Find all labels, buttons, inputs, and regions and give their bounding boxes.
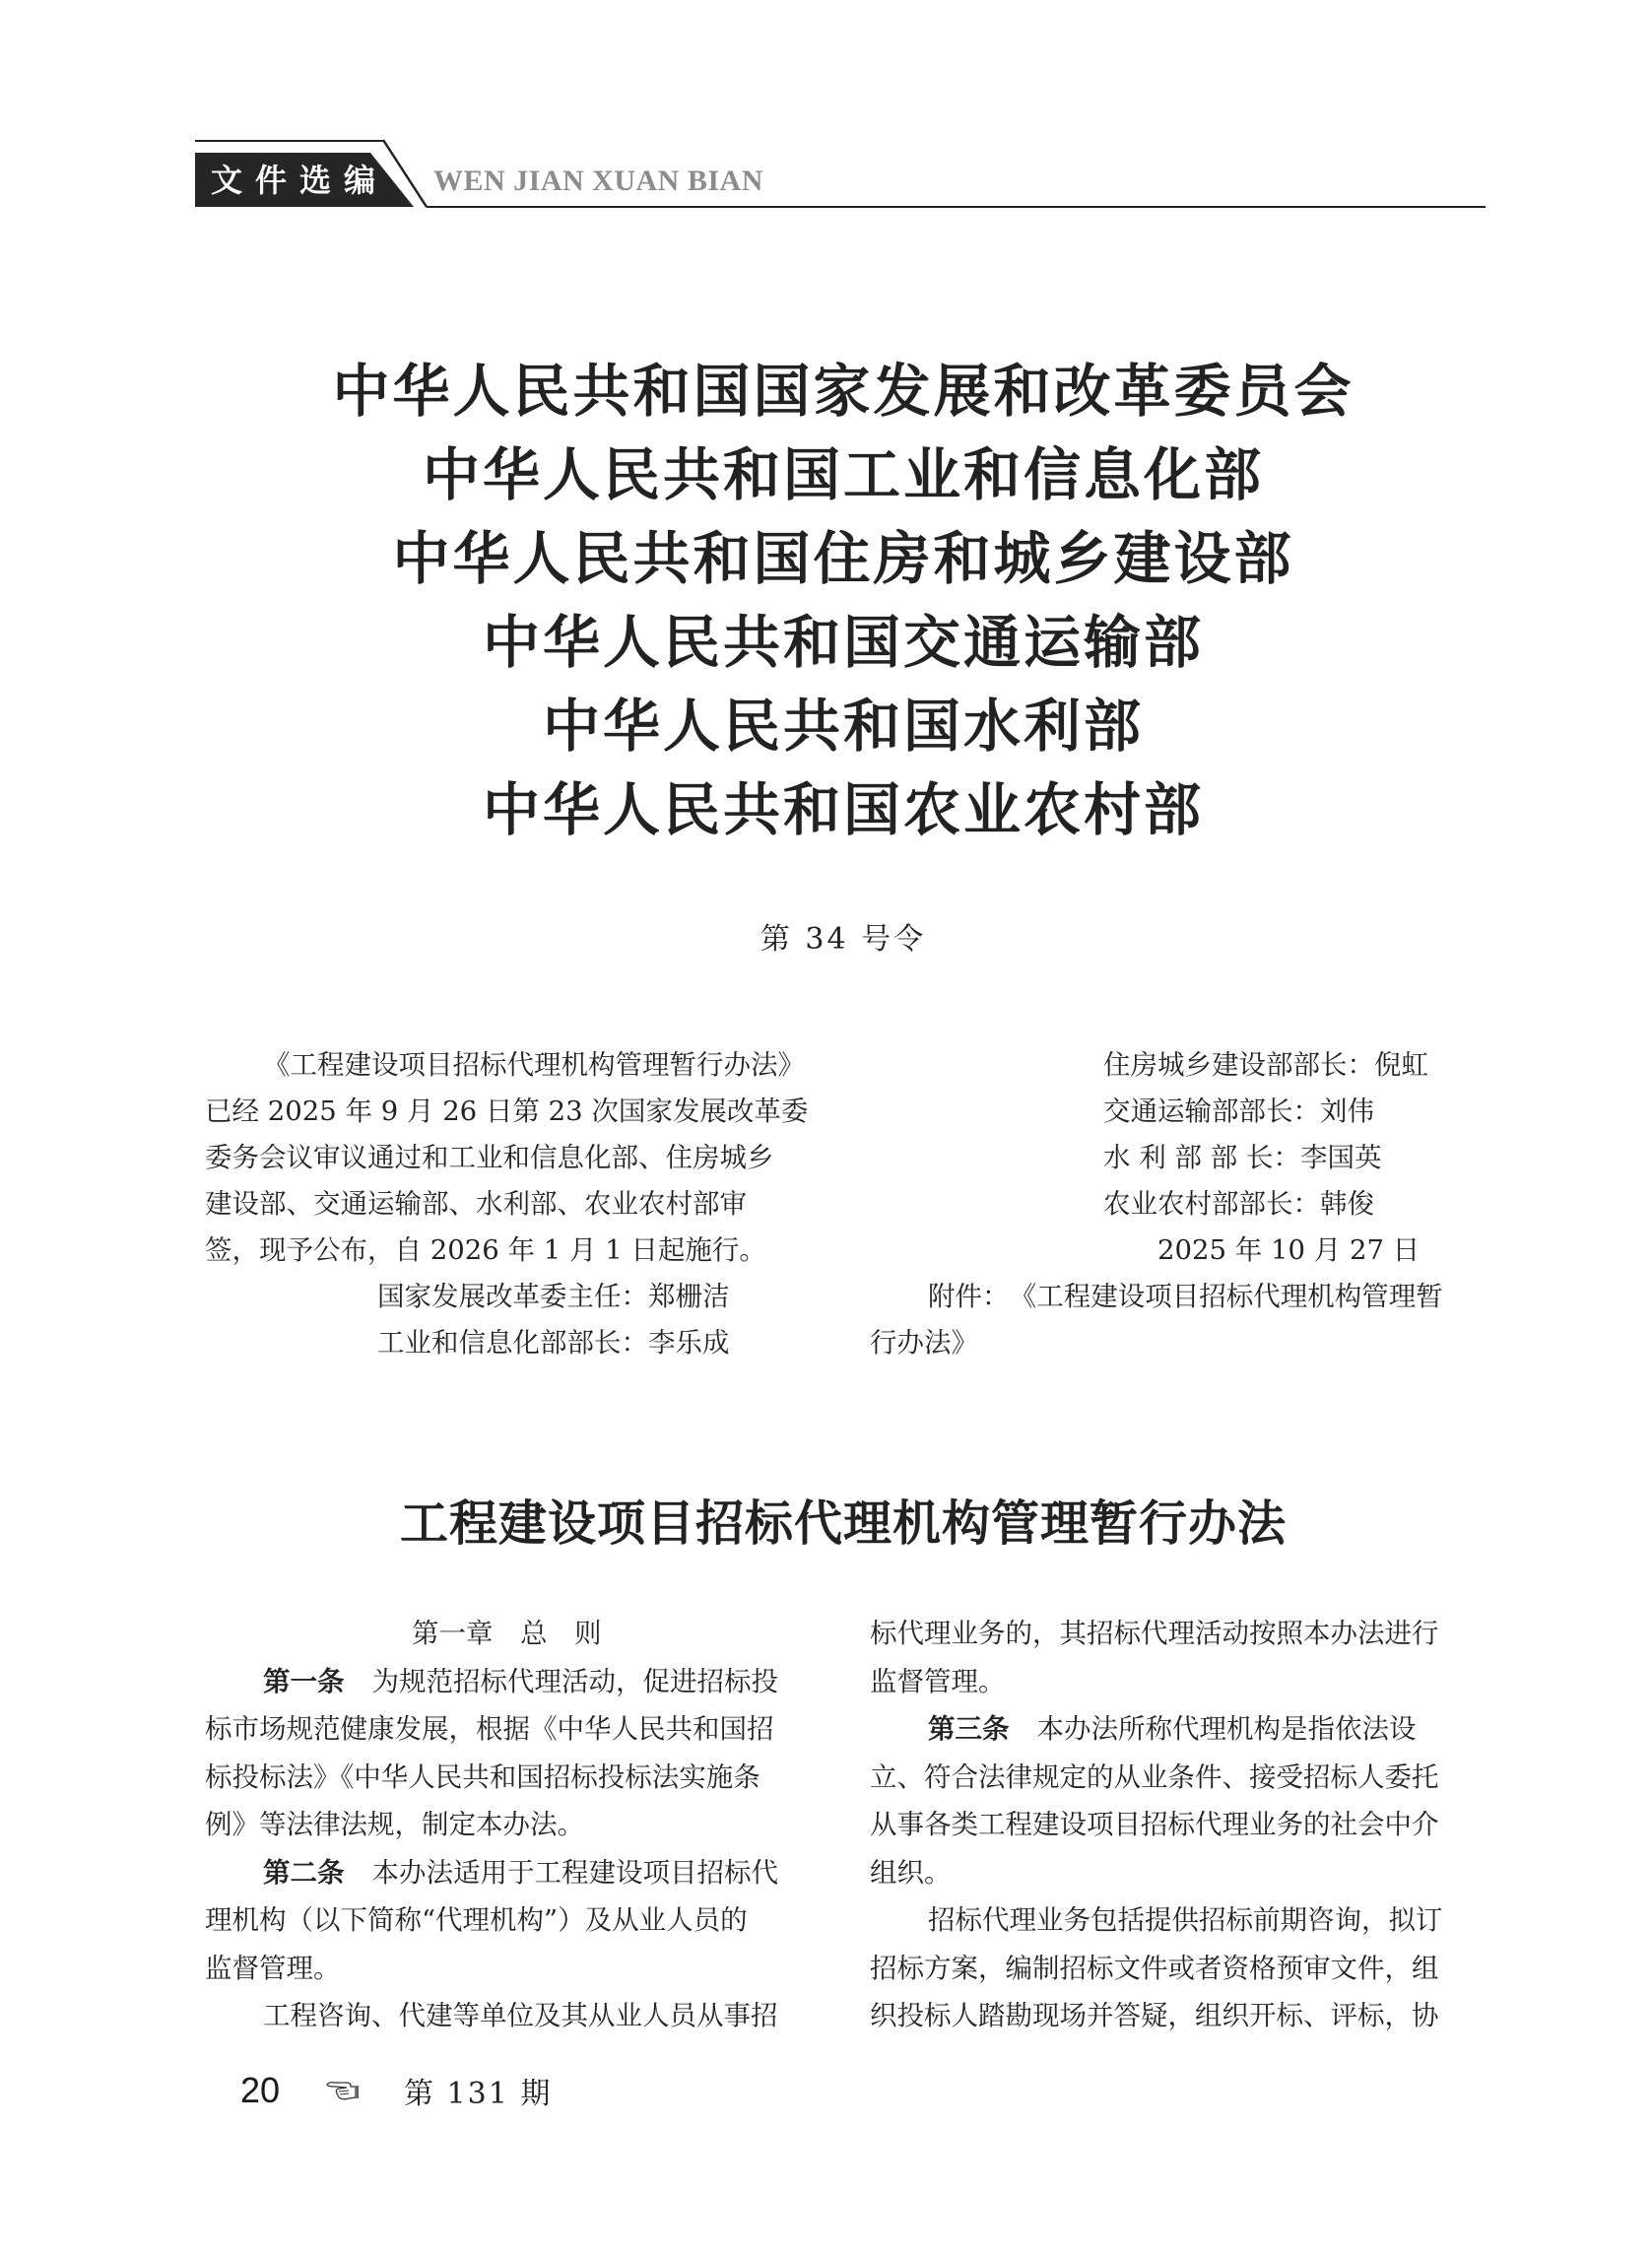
signatory-name: 韩俊 <box>1320 1188 1374 1220</box>
body-left-column: 第一章 总 则 第一条为规范招标代理活动，促进招标投 标市场规范健康发展，根据《… <box>205 1610 821 2040</box>
body-text-line: 组织。 <box>870 1849 1486 1897</box>
issuer-line: 中华人民共和国住房和城乡建设部 <box>195 527 1491 611</box>
signatory-name: 李乐成 <box>648 1327 730 1359</box>
article-title: 工程建设项目招标代理机构管理暂行办法 <box>195 1486 1491 1555</box>
article-label: 第一条 <box>263 1666 345 1697</box>
promulgation-left-column: 《工程建设项目招标代理机构管理暂行办法》 已经 2025 年 9 月 26 日第… <box>205 1042 821 1366</box>
promulgation-text-line: 已经 2025 年 9 月 26 日第 23 次国家发展改革委 <box>205 1089 821 1135</box>
article-text: 本办法适用于工程建设项目招标代 <box>372 1857 779 1889</box>
attachment-label: 附件： <box>928 1281 1010 1312</box>
body-text-line: 招标方案，编制招标文件或者资格预审文件，组 <box>870 1945 1486 1993</box>
section-label-pinyin: WEN JIAN XUAN BIAN <box>433 165 763 198</box>
body-text-line: 从事各类工程建设项目招标代理业务的社会中介 <box>870 1801 1486 1849</box>
article-3-first-line: 第三条本办法所称代理机构是指依法设 <box>870 1705 1486 1754</box>
signatory-title: 住房城乡建设部部长： <box>1103 1049 1374 1081</box>
issuing-authorities: 中华人民共和国国家发展和改革委员会 中华人民共和国工业和信息化部 中华人民共和国… <box>195 360 1491 862</box>
issuer-line: 中华人民共和国工业和信息化部 <box>195 443 1491 527</box>
article-text: 为规范招标代理活动，促进招标投 <box>372 1666 779 1697</box>
signatory-title: 国家发展改革委主任： <box>377 1281 648 1312</box>
signatory-name: 郑栅洁 <box>648 1281 730 1312</box>
chapter-heading: 第一章 总 则 <box>205 1610 821 1658</box>
promulgation-right-column: 住房城乡建设部部长：倪虹 交通运输部部长：刘伟 水 利 部 部 长：李国英 农业… <box>870 1042 1486 1366</box>
signatory-title: 工业和信息化部部长： <box>377 1327 648 1359</box>
pointing-hand-icon <box>325 2078 364 2103</box>
body-text-line: 立、符合法律规定的从业条件、接受招标人委托 <box>870 1754 1486 1802</box>
signatory-name: 李国英 <box>1300 1142 1382 1173</box>
promulgation-text-line: 《工程建设项目招标代理机构管理暂行办法》 <box>205 1042 821 1089</box>
signatory-title: 水 利 部 部 长： <box>1103 1142 1300 1173</box>
attachment-line: 附件：《工程建设项目招标代理机构管理暂 <box>870 1274 1486 1320</box>
promulgation-text-line: 签，现予公布，自 2026 年 1 月 1 日起施行。 <box>205 1228 821 1274</box>
article-text: 本办法所称代理机构是指依法设 <box>1037 1713 1417 1745</box>
section-header: 文件选编 WEN JIAN XUAN BIAN <box>0 0 1652 227</box>
article-label: 第二条 <box>263 1857 345 1889</box>
signatory-mohurd: 住房城乡建设部部长：倪虹 <box>870 1042 1486 1089</box>
body-text-line: 招标代理业务包括提供招标前期咨询，拟订 <box>870 1896 1486 1945</box>
body-text-line: 监督管理。 <box>870 1658 1486 1706</box>
issuer-line: 中华人民共和国国家发展和改革委员会 <box>195 360 1491 443</box>
attachment-title: 《工程建设项目招标代理机构管理暂 <box>1024 1281 1443 1312</box>
body-text-line: 工程咨询、代建等单位及其从业人员从事招 <box>205 1992 821 2040</box>
body-text-line: 理机构（以下简称“代理机构”）及从业人员的 <box>205 1896 821 1945</box>
article-label: 第三条 <box>928 1713 1010 1745</box>
issuer-line: 中华人民共和国交通运输部 <box>195 611 1491 695</box>
signatory-moa: 农业农村部部长：韩俊 <box>870 1181 1486 1228</box>
issue-number: 第 131 期 <box>404 2069 552 2112</box>
body-text-line: 监督管理。 <box>205 1945 821 1993</box>
promulgation-date: 2025 年 10 月 27 日 <box>870 1228 1486 1274</box>
promulgation-text-line: 委务会议审议通过和工业和信息化部、住房城乡 <box>205 1135 821 1181</box>
signatory-mot: 交通运输部部长：刘伟 <box>870 1089 1486 1135</box>
signatory-mwr: 水 利 部 部 长：李国英 <box>870 1135 1486 1181</box>
header-bottom-rule <box>427 206 1486 208</box>
body-text-line: 例》等法律法规，制定本办法。 <box>205 1801 821 1849</box>
header-diagonal-rules <box>0 0 1652 227</box>
body-right-column: 标代理业务的，其招标代理活动按照本办法进行 监督管理。 第三条本办法所称代理机构… <box>870 1610 1486 2040</box>
signatory-title: 农业农村部部长： <box>1103 1188 1320 1220</box>
signatory-ndrc: 国家发展改革委主任：郑栅洁 <box>205 1274 821 1320</box>
body-text-line: 标代理业务的，其招标代理活动按照本办法进行 <box>870 1610 1486 1658</box>
promulgation-text-line: 建设部、交通运输部、水利部、农业农村部审 <box>205 1181 821 1228</box>
article-1-first-line: 第一条为规范招标代理活动，促进招标投 <box>205 1658 821 1706</box>
signatory-miit: 工业和信息化部部长：李乐成 <box>205 1320 821 1366</box>
body-text-line: 标市场规范健康发展，根据《中华人民共和国招 <box>205 1705 821 1754</box>
attachment-line-continued: 行办法》 <box>870 1320 1486 1366</box>
body-text-line: 织投标人踏勘现场并答疑，组织开标、评标，协 <box>870 1992 1486 2040</box>
signatory-name: 刘伟 <box>1320 1096 1374 1127</box>
signatory-title: 交通运输部部长： <box>1103 1096 1320 1127</box>
page-footer: 20 第 131 期 <box>240 2069 552 2112</box>
issuer-line: 中华人民共和国水利部 <box>195 695 1491 778</box>
article-2-first-line: 第二条本办法适用于工程建设项目招标代 <box>205 1849 821 1897</box>
order-number: 第 34 号令 <box>195 914 1491 958</box>
body-text-line: 标投标法》《中华人民共和国招标投标法实施条 <box>205 1754 821 1802</box>
signatory-name: 倪虹 <box>1374 1049 1428 1081</box>
page-number: 20 <box>240 2070 325 2111</box>
issuer-line: 中华人民共和国农业农村部 <box>195 778 1491 862</box>
